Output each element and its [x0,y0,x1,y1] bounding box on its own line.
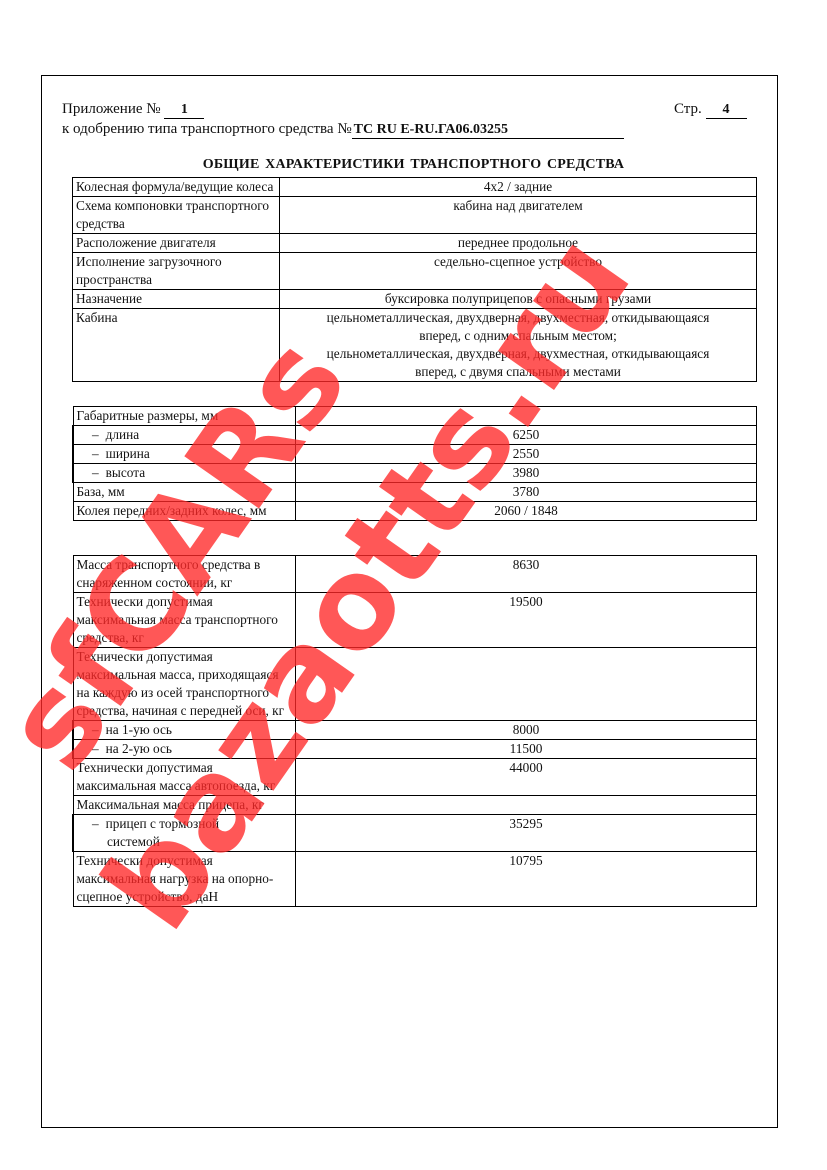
row-label: Расположение двигателя [73,234,280,253]
table-row: База, мм3780 [73,483,757,502]
sub-item-label: на 2-ую ось [106,741,172,756]
table-row: Расположение двигателяпереднее продольно… [73,234,757,253]
sub-item-dash: – [92,816,99,831]
row-label: Технически допустимая максимальная масса… [73,648,296,721]
sub-item-label: прицеп с тормозной [106,816,220,831]
row-label: –высота [73,464,296,483]
table-row: Технически допустимая максимальная масса… [73,759,757,796]
dimensions-table: Габаритные размеры, мм–длина6250–ширина2… [72,406,757,521]
row-label: –ширина [73,445,296,464]
value-line: цельнометаллическая, двухдверная, двухме… [283,345,753,363]
row-label: База, мм [73,483,296,502]
row-label: Схема компоновки транспортного средства [73,197,280,234]
row-value: 8630 [296,556,757,593]
row-label: Технически допустимая максимальная масса… [73,593,296,648]
sub-item-dash: – [92,427,99,442]
sub-item-dash: – [92,722,99,737]
row-value: 10795 [296,852,757,907]
value-line: вперед, с двумя спальными местами [283,363,753,381]
row-value: 6250 [296,426,757,445]
table-row: –ширина2550 [73,445,757,464]
approval-line: к одобрению типа транспортного средства … [62,121,624,139]
page-label: Стр. [674,101,702,117]
row-value: 2550 [296,445,757,464]
table-row: Масса транспортного средства в снаряженн… [73,556,757,593]
table-row: Габаритные размеры, мм [73,407,757,426]
value-line: вперед, с одним спальным местом; [283,327,753,345]
row-value [296,648,757,721]
row-value: кабина над двигателем [280,197,757,234]
table-row: Схема компоновки транспортного средствак… [73,197,757,234]
appendix-line: Приложение № 1 [62,101,204,119]
row-value: 19500 [296,593,757,648]
document-title: ОБЩИЕ ХАРАКТЕРИСТИКИ ТРАНСПОРТНОГО СРЕДС… [0,157,827,173]
row-label: Технически допустимая максимальная масса… [73,759,296,796]
table-row: Технически допустимая максимальная масса… [73,648,757,721]
table-row: Технически допустимая максимальная нагру… [73,852,757,907]
row-value: переднее продольное [280,234,757,253]
row-label: –прицеп с тормознойсистемой [73,815,296,852]
page-number-line: Стр. 4 [674,101,747,119]
sub-item-dash: – [92,446,99,461]
approval-number: ТС RU E-RU.ГА06.03255 [352,121,624,139]
row-value: 4x2 / задние [280,178,757,197]
row-label: –длина [73,426,296,445]
table-row: Колея передних/задних колес, мм2060 / 18… [73,502,757,521]
row-label: –на 1-ую ось [73,721,296,740]
row-label: Кабина [73,309,280,382]
row-label: –на 2-ую ось [73,740,296,759]
sub-item-label: ширина [106,446,150,461]
row-label: Исполнение загрузочного пространства [73,253,280,290]
approval-text: к одобрению типа транспортного средства … [62,121,352,137]
row-value [296,407,757,426]
row-value: 3780 [296,483,757,502]
row-value: 35295 [296,815,757,852]
table-row: Колесная формула/ведущие колеса4x2 / зад… [73,178,757,197]
row-value [296,796,757,815]
mass-table: Масса транспортного средства в снаряженн… [72,555,757,907]
table-row: Максимальная масса прицепа, кг [73,796,757,815]
table-row: Назначениебуксировка полуприцепов с опас… [73,290,757,309]
table-row: –длина6250 [73,426,757,445]
row-label: Назначение [73,290,280,309]
table-row: –на 1-ую ось8000 [73,721,757,740]
row-value: 3980 [296,464,757,483]
row-value: буксировка полуприцепов с опасными груза… [280,290,757,309]
row-value: 11500 [296,740,757,759]
table-row: Кабинацельнометаллическая, двухдверная, … [73,309,757,382]
page-number: 4 [706,101,747,119]
row-value: седельно-сцепное устройство [280,253,757,290]
table-row: –прицеп с тормознойсистемой35295 [73,815,757,852]
row-label: Максимальная масса прицепа, кг [73,796,296,815]
row-value: 2060 / 1848 [296,502,757,521]
row-label: Технически допустимая максимальная нагру… [73,852,296,907]
row-value: 8000 [296,721,757,740]
sub-item-label: длина [106,427,140,442]
general-characteristics-table: Колесная формула/ведущие колеса4x2 / зад… [72,177,757,382]
appendix-label: Приложение № [62,101,161,117]
sub-item-dash: – [92,741,99,756]
table-row: –высота3980 [73,464,757,483]
appendix-number: 1 [164,101,204,119]
row-label: Масса транспортного средства в снаряженн… [73,556,296,593]
sub-item-label: на 1-ую ось [106,722,172,737]
sub-item-label-continued: системой [92,833,292,851]
sub-item-label: высота [106,465,145,480]
table-row: Технически допустимая максимальная масса… [73,593,757,648]
table-row: –на 2-ую ось11500 [73,740,757,759]
row-value: цельнометаллическая, двухдверная, двухме… [280,309,757,382]
row-label: Габаритные размеры, мм [73,407,296,426]
row-label: Колесная формула/ведущие колеса [73,178,280,197]
sub-item-dash: – [92,465,99,480]
table-row: Исполнение загрузочного пространстваседе… [73,253,757,290]
row-value: 44000 [296,759,757,796]
value-line: цельнометаллическая, двухдверная, двухме… [283,309,753,327]
row-label: Колея передних/задних колес, мм [73,502,296,521]
